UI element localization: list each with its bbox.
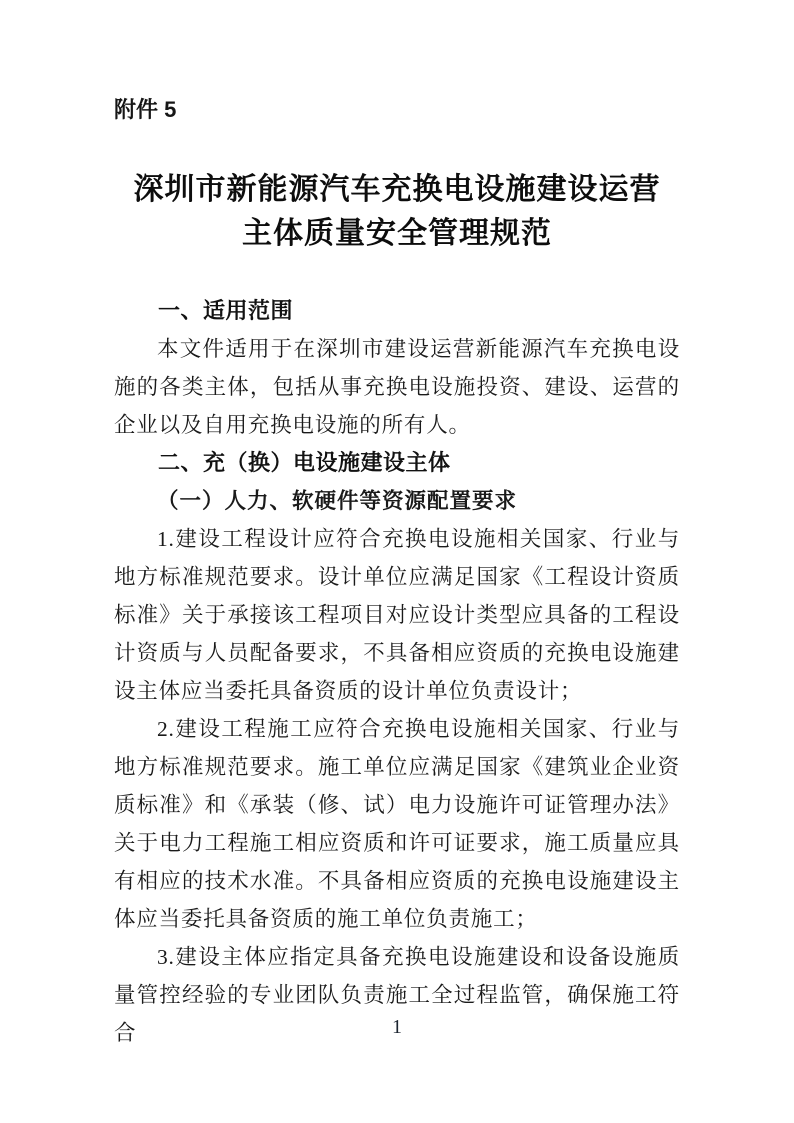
paragraph-item-1-design: 1.建设工程设计应符合充换电设施相关国家、行业与地方标准规范要求。设计单位应满足… (114, 520, 680, 710)
document-body: 一、适用范围 本文件适用于在深圳市建设运营新能源汽车充换电设施的各类主体，包括从… (114, 292, 680, 1052)
subsection-heading-resource-requirements: （一）人力、软硬件等资源配置要求 (114, 482, 680, 520)
section-heading-construction-entity: 二、充（换）电设施建设主体 (114, 444, 680, 482)
paragraph-item-2-construction: 2.建设工程施工应符合充换电设施相关国家、行业与地方标准规范要求。施工单位应满足… (114, 710, 680, 938)
attachment-label: 附件 5 (114, 96, 680, 124)
document-title-line-2: 主体质量安全管理规范 (114, 212, 680, 256)
paragraph-scope-text: 本文件适用于在深圳市建设运营新能源汽车充换电设施的各类主体，包括从事充换电设施投… (114, 330, 680, 444)
document-title-line-1: 深圳市新能源汽车充换电设施建设运营 (114, 168, 680, 212)
document-page: 附件 5 深圳市新能源汽车充换电设施建设运营 主体质量安全管理规范 一、适用范围… (0, 0, 794, 1123)
page-number: 1 (0, 1016, 794, 1039)
document-title: 深圳市新能源汽车充换电设施建设运营 主体质量安全管理规范 (114, 168, 680, 256)
section-heading-scope: 一、适用范围 (114, 292, 680, 330)
